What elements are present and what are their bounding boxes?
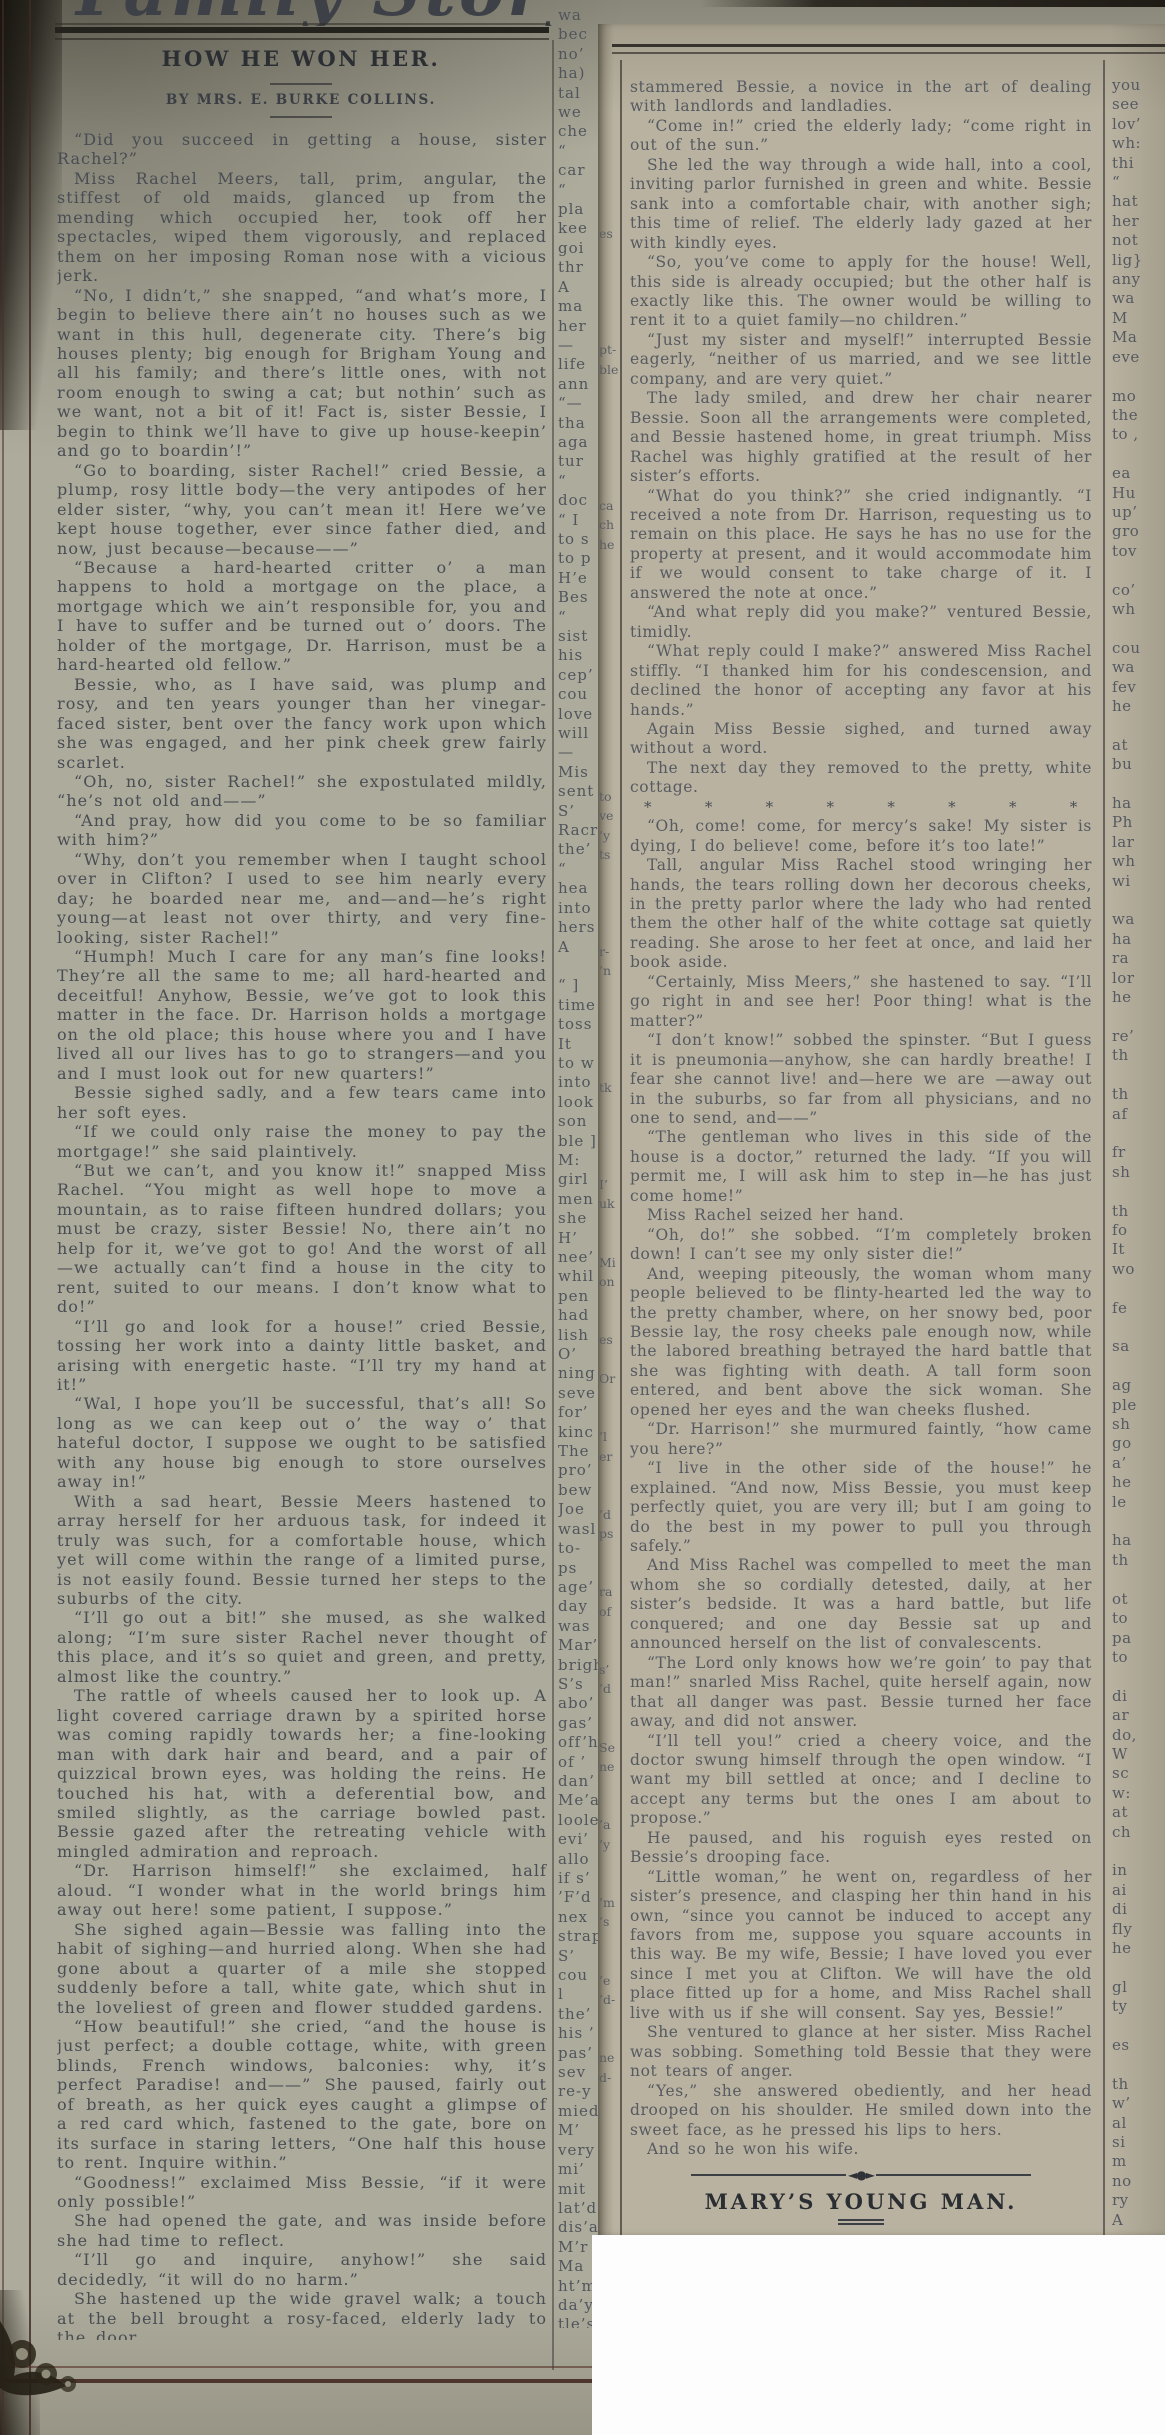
next-story-title-rule bbox=[838, 2219, 884, 2221]
section-break-item: * bbox=[826, 798, 834, 817]
right-column-part1-item: “Come in!” cried the elderly lady; “come… bbox=[630, 117, 1092, 156]
left-column-item: “I’ll go and look for a house!” cried Be… bbox=[57, 1317, 547, 1395]
divider-ornament-icon: ◄●► bbox=[846, 2170, 876, 2180]
left-column-item: “Because a hard-hearted critter o’ a man… bbox=[57, 558, 547, 675]
right-column-part2-item: “I’ll tell you!” cried a cheery voice, a… bbox=[630, 1732, 1092, 1829]
overlay-top-rule-thick bbox=[612, 44, 1165, 47]
right-column-part2-item: He paused, and his roguish eyes rested o… bbox=[630, 1829, 1092, 1868]
left-edge-shadow bbox=[0, 0, 62, 430]
masthead-rule-thick bbox=[55, 27, 549, 33]
overlay-right-fragments: you see lov’ wh: thi “ hat her not lig} … bbox=[1112, 76, 1162, 2228]
divider-line-left bbox=[691, 2174, 846, 2176]
left-column-item: Miss Rachel Meers, tall, prim, angular, … bbox=[57, 169, 547, 286]
section-break-item: * bbox=[644, 798, 652, 817]
right-column-part2: “Oh, come! come, for mercy’s sake! My si… bbox=[630, 817, 1092, 2159]
left-column-item: Bessie, who, as I have said, was plump a… bbox=[57, 675, 547, 772]
right-column-part1: stammered Bessie, a novice in the art of… bbox=[630, 78, 1092, 798]
left-column-item: “Why, don’t you remember when I taught s… bbox=[57, 850, 547, 947]
right-column-part2-item: “Oh, come! come, for mercy’s sake! My si… bbox=[630, 817, 1092, 856]
right-column-part1-item: “Just my sister and myself!” interrupted… bbox=[630, 331, 1092, 389]
divider-line-right bbox=[876, 2174, 1031, 2176]
section-break: ******** bbox=[630, 798, 1092, 817]
left-column-item: “Oh, no, sister Rachel!” she expostulate… bbox=[57, 772, 547, 811]
left-column-item: “Did you succeed in getting a house, sis… bbox=[57, 130, 547, 169]
overlay-right-column-rule bbox=[1103, 60, 1105, 2235]
right-column-part2-item: “The Lord only knows how we’re goin’ to … bbox=[630, 1654, 1092, 1732]
corner-ornament-icon bbox=[0, 2276, 100, 2398]
section-break-item: * bbox=[887, 798, 895, 817]
left-column-item: She sighed again—Bessie was falling into… bbox=[57, 1920, 547, 2017]
left-column-item: “Humph! Much I care for any man’s fine l… bbox=[57, 947, 547, 1083]
right-column-part1-item: The lady smiled, and drew her chair near… bbox=[630, 389, 1092, 486]
overlay-left-column-rule bbox=[620, 60, 622, 2235]
right-column-part2-item: Miss Rachel seized her hand. bbox=[630, 1206, 1092, 1225]
left-column-item: “How beautiful!” she cried, “and the hou… bbox=[57, 2017, 547, 2173]
masthead-rule-thin-bottom bbox=[55, 38, 549, 40]
left-column-item: With a sad heart, Bessie Meers hastened … bbox=[57, 1492, 547, 1609]
right-column-part2-item: “Oh, do!” she sobbed. “I’m completely br… bbox=[630, 1226, 1092, 1265]
right-column-part2-item: “Little woman,” he went on, regardless o… bbox=[630, 1868, 1092, 2024]
left-column-item: “But we can’t, and you know it!” snapped… bbox=[57, 1161, 547, 1317]
left-column-item: “Wal, I hope you’ll be successful, that’… bbox=[57, 1394, 547, 1491]
overlay-left-edge-fragments: es pt- ble ca ch he to ve ’y ts r- ’n tk… bbox=[599, 224, 619, 2184]
column-rule bbox=[552, 40, 554, 2370]
right-column-part1-item: Again Miss Bessie sighed, and turned awa… bbox=[630, 720, 1092, 759]
left-column-item: “And pray, how did you come to be so fam… bbox=[57, 811, 547, 850]
right-column-part2-item: And, weeping piteously, the woman whom m… bbox=[630, 1265, 1092, 1421]
right-column-part2-item: “Certainly, Miss Meers,” she hastened to… bbox=[630, 973, 1092, 1031]
left-column-item: “Dr. Harrison himself!” she exclaimed, h… bbox=[57, 1861, 547, 1919]
left-column-item: “Goodness!” exclaimed Miss Bessie, “if i… bbox=[57, 2173, 547, 2212]
left-column: “Did you succeed in getting a house, sis… bbox=[57, 130, 547, 2340]
right-column-part2-item: “Yes,” she answered obediently, and her … bbox=[630, 2082, 1092, 2140]
right-column-part1-item: “And what reply did you make?” ventured … bbox=[630, 603, 1092, 642]
masthead-rule-thin-top bbox=[55, 23, 549, 25]
right-column-part1-item: “What reply could I make?” answered Miss… bbox=[630, 642, 1092, 720]
right-column-part1-item: The next day they removed to the pretty,… bbox=[630, 759, 1092, 798]
right-column-part2-item: “Dr. Harrison!” she murmured faintly, “h… bbox=[630, 1420, 1092, 1459]
story-end-divider: ◄●► bbox=[630, 2170, 1092, 2180]
title-divider-rule bbox=[270, 83, 332, 85]
left-column-item: “I’ll go out a bit!” she mused, as she w… bbox=[57, 1608, 547, 1686]
right-column-part1-item: stammered Bessie, a novice in the art of… bbox=[630, 78, 1092, 117]
clipping-overlay: es pt- ble ca ch he to ve ’y ts r- ’n tk… bbox=[598, 24, 1165, 2235]
section-break-item: * bbox=[705, 798, 713, 817]
section-break-item: * bbox=[1070, 798, 1078, 817]
story-byline: BY MRS. E. BURKE COLLINS. bbox=[55, 92, 547, 108]
byline-divider-rule bbox=[270, 116, 332, 118]
left-column-item: “Go to boarding, sister Rachel!” cried B… bbox=[57, 461, 547, 558]
page-left-border-inner bbox=[29, 0, 31, 2435]
overlay-top-rule-thin bbox=[612, 52, 1165, 54]
right-column-part2-item: “The gentleman who lives in this side of… bbox=[630, 1128, 1092, 1206]
right-column-part1-item: “What do you think?” she cried indignant… bbox=[630, 487, 1092, 604]
middle-column-fragments: wa bec no’ ha) tal we che “ car “ pla ke… bbox=[558, 6, 598, 2328]
top-right-rule-fragment bbox=[700, 0, 1165, 7]
right-column-part1-item: “So, you’ve come to apply for the house!… bbox=[630, 253, 1092, 331]
section-break-item: * bbox=[1009, 798, 1017, 817]
story-title: HOW HE WON HER. bbox=[55, 46, 547, 71]
next-story-title: MARY’S YOUNG MAN. bbox=[630, 2189, 1092, 2214]
left-column-item: Bessie sighed sadly, and a few tears cam… bbox=[57, 1083, 547, 1122]
section-break-item: * bbox=[766, 798, 774, 817]
right-column-part2-item: “I don’t know!” sobbed the spinster. “Bu… bbox=[630, 1031, 1092, 1128]
section-break-item: * bbox=[948, 798, 956, 817]
left-column-item: “If we could only raise the money to pay… bbox=[57, 1122, 547, 1161]
scan-white-area bbox=[592, 2235, 1165, 2435]
end-matter: ◄●► MARY’S YOUNG MAN. bbox=[630, 2170, 1092, 2221]
left-column-item: The rattle of wheels caused her to look … bbox=[57, 1686, 547, 1861]
right-column-part2-item: “I live in the other side of the house!”… bbox=[630, 1459, 1092, 1556]
right-column-part2-item: Tall, angular Miss Rachel stood wringing… bbox=[630, 856, 1092, 973]
left-column-item: She hastened up the wide gravel walk; a … bbox=[57, 2289, 547, 2340]
page-left-border-outer bbox=[2, 0, 4, 2435]
right-column-part2-item: She ventured to glance at her sister. Mi… bbox=[630, 2023, 1092, 2081]
left-column-item: “No, I didn’t,” she snapped, “and what’s… bbox=[57, 286, 547, 461]
right-column-part2-item: And so he won his wife. bbox=[630, 2140, 1092, 2159]
right-column-part1-item: She led the way through a wide hall, int… bbox=[630, 156, 1092, 253]
newspaper-page: Family Story Paper. HOW HE WON HER. BY M… bbox=[0, 0, 1165, 2435]
left-column-item: She had opened the gate, and was inside … bbox=[57, 2211, 547, 2250]
right-column-part2-item: And Miss Rachel was compelled to meet th… bbox=[630, 1556, 1092, 1653]
left-column-item: “I’ll go and inquire, anyhow!” she said … bbox=[57, 2250, 547, 2289]
right-column: stammered Bessie, a novice in the art of… bbox=[630, 78, 1092, 2159]
